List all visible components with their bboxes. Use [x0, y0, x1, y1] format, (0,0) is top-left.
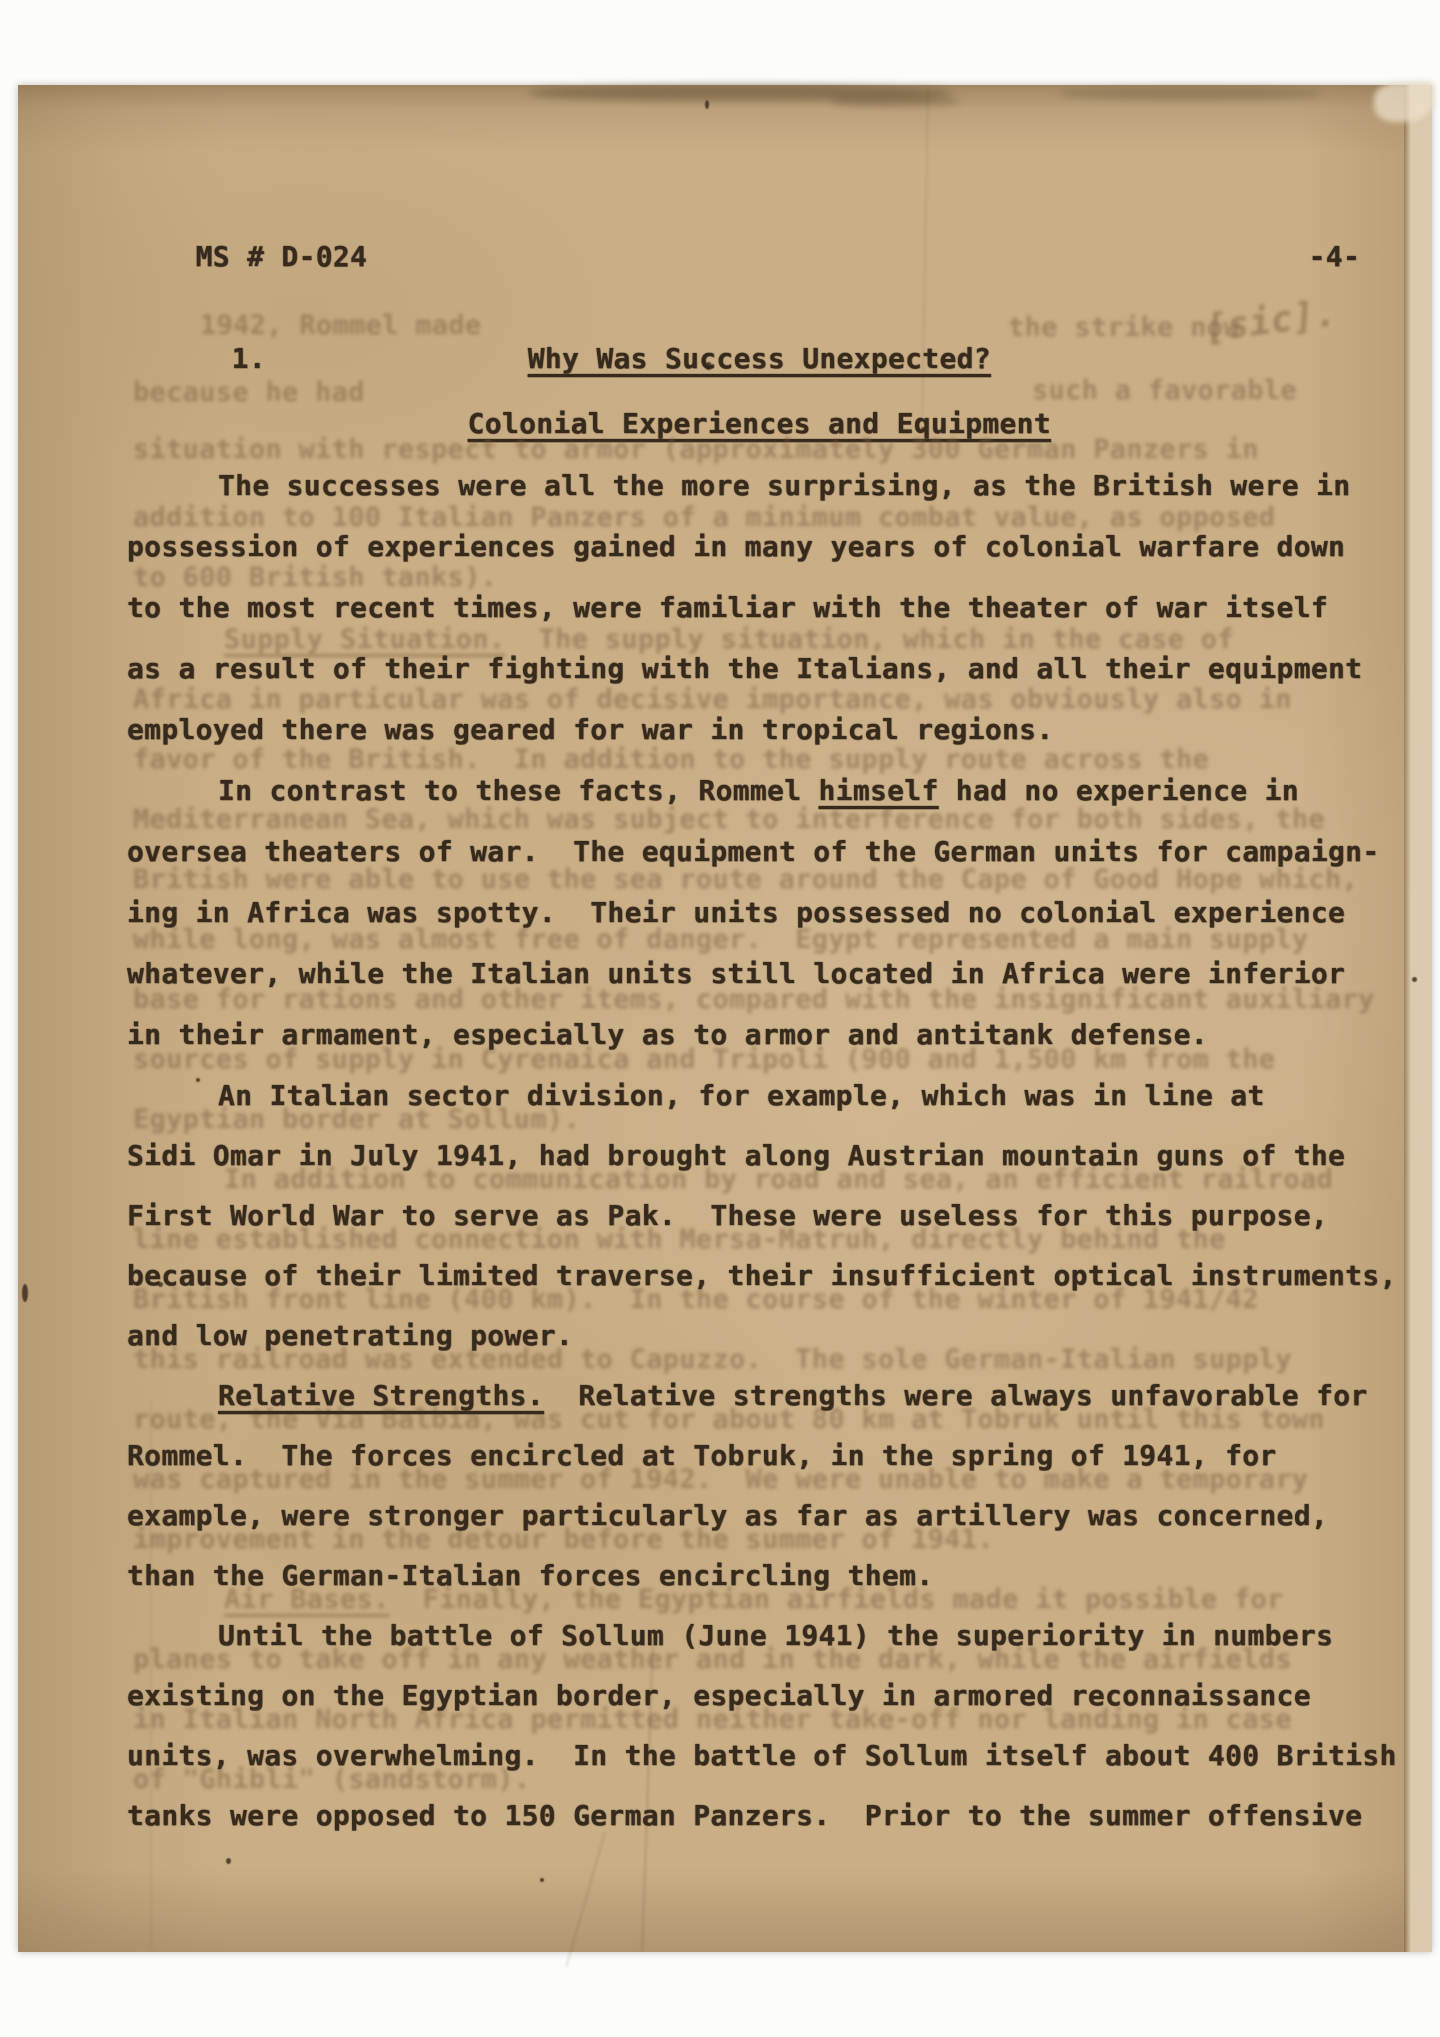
text-run: because he had — [133, 377, 365, 408]
page-number: -4- — [1240, 207, 1360, 306]
typed-line: employed there was geared for war in tro… — [127, 713, 1054, 746]
typed-line: whatever, while the Italian units still … — [127, 957, 1345, 990]
text-run: in their armament, especially as to armo… — [127, 1018, 1208, 1051]
text-run: than the German-Italian forces encirclin… — [127, 1559, 933, 1592]
typed-line: and low penetrating power. — [127, 1319, 573, 1352]
text-layer: MS # D-024 -4- 1. Why Was Success Unexpe… — [0, 0, 1440, 2037]
text-run: oversea theaters of war. The equipment o… — [127, 835, 1380, 868]
text-run: The successes were all the more surprisi… — [218, 469, 1350, 502]
text-run: Supply Situation. — [224, 624, 505, 655]
typed-line: than the German-Italian forces encirclin… — [127, 1559, 933, 1592]
typed-line: Sidi Omar in July 1941, had brought alon… — [127, 1139, 1345, 1172]
text-run: because of their limited traverse, their… — [127, 1259, 1397, 1292]
scanned-document-page: { "colors":{"paper":"#c9ae86","ink":"#36… — [0, 0, 1440, 2037]
text-run: First World War to serve as Pak. These w… — [127, 1199, 1328, 1232]
text-run: Relative strengths were always unfavorab… — [544, 1379, 1368, 1412]
section-number-text: 1. — [232, 342, 266, 375]
page-number-text: -4- — [1309, 240, 1360, 273]
typed-line: existing on the Egyptian border, especia… — [127, 1679, 1311, 1712]
ghost-line: to 600 British tanks). — [133, 562, 497, 593]
typed-line: Relative Strengths. Relative strengths w… — [218, 1379, 1368, 1412]
typed-line: oversea theaters of war. The equipment o… — [127, 835, 1380, 868]
doc-id-text: MS # D-024 — [196, 240, 368, 273]
text-run: Mediterranean Sea, which was subject to … — [133, 804, 1325, 835]
text-run: example, were stronger particularly as f… — [127, 1499, 1328, 1532]
text-run: and low penetrating power. — [127, 1319, 573, 1352]
typed-line: The successes were all the more surprisi… — [218, 469, 1350, 502]
ghost-line: [sic]. — [1203, 293, 1339, 350]
typed-line: possession of experiences gained in many… — [127, 530, 1345, 563]
text-run: existing on the Egyptian border, especia… — [127, 1679, 1311, 1712]
text-run: himself — [819, 774, 939, 807]
text-run: as a result of their fighting with the I… — [127, 652, 1362, 685]
typed-line: in their armament, especially as to armo… — [127, 1018, 1208, 1051]
text-run: such a favorable — [1032, 375, 1297, 406]
text-run: to 600 British tanks). — [133, 562, 497, 593]
typed-line: tanks were opposed to 150 German Panzers… — [127, 1799, 1362, 1832]
text-run: possession of experiences gained in many… — [127, 530, 1345, 563]
text-run: The supply situation, which in the case … — [505, 624, 1233, 655]
text-run: employed there was geared for war in tro… — [127, 713, 1054, 746]
text-run: An Italian sector division, for example,… — [218, 1079, 1265, 1112]
page-title-text: Why Was Success Unexpected? — [528, 342, 991, 375]
text-run: Africa in particular was of decisive imp… — [133, 684, 1292, 715]
text-run: British were able to use the sea route a… — [133, 864, 1358, 895]
typed-line: An Italian sector division, for example,… — [218, 1079, 1265, 1112]
text-run: ing in Africa was spotty. Their units po… — [127, 896, 1345, 929]
text-run: units, was overwhelming. In the battle o… — [127, 1739, 1397, 1772]
typed-line: ing in Africa was spotty. Their units po… — [127, 896, 1345, 929]
ghost-line: Mediterranean Sea, which was subject to … — [133, 804, 1325, 835]
ghost-line: because he had — [133, 377, 365, 408]
text-run: whatever, while the Italian units still … — [127, 957, 1345, 990]
ghost-line: situation with respect to armor (approxi… — [133, 434, 1259, 465]
typed-line: First World War to serve as Pak. These w… — [127, 1199, 1328, 1232]
text-run: had no experience in — [939, 774, 1299, 807]
text-run: [sic]. — [1203, 293, 1339, 350]
ghost-line: addition to 100 Italian Panzers of a min… — [133, 502, 1275, 533]
text-run: addition to 100 Italian Panzers of a min… — [133, 502, 1275, 533]
typed-line: In contrast to these facts, Rommel himse… — [218, 774, 1299, 807]
ghost-line: favor of the British. In addition to the… — [133, 744, 1209, 775]
typed-line: as a result of their fighting with the I… — [127, 652, 1362, 685]
text-run: Until the battle of Sollum (June 1941) t… — [218, 1619, 1333, 1652]
typed-line: units, was overwhelming. In the battle o… — [127, 1739, 1397, 1772]
typed-line: Rommel. The forces encircled at Tobruk, … — [127, 1439, 1277, 1472]
ghost-line: British were able to use the sea route a… — [133, 864, 1358, 895]
text-run: to the most recent times, were familiar … — [127, 591, 1328, 624]
typed-line: to the most recent times, were familiar … — [127, 591, 1328, 624]
text-run: tanks were opposed to 150 German Panzers… — [127, 1799, 1362, 1832]
doc-id: MS # D-024 — [127, 207, 367, 306]
text-run: In contrast to these facts, Rommel — [218, 774, 819, 807]
text-run: Rommel. The forces encircled at Tobruk, … — [127, 1439, 1277, 1472]
ghost-line: Supply Situation. The supply situation, … — [224, 624, 1234, 655]
ghost-line: Africa in particular was of decisive imp… — [133, 684, 1292, 715]
text-run: Sidi Omar in July 1941, had brought alon… — [127, 1139, 1345, 1172]
typed-line: example, were stronger particularly as f… — [127, 1499, 1328, 1532]
text-run: favor of the British. In addition to the… — [133, 744, 1209, 775]
ghost-line: 1942, Rommel made — [200, 310, 481, 341]
typed-line: Until the battle of Sollum (June 1941) t… — [218, 1619, 1333, 1652]
typed-line: because of their limited traverse, their… — [127, 1259, 1397, 1292]
text-run: situation with respect to armor (approxi… — [133, 434, 1259, 465]
text-run: Relative Strengths. — [218, 1379, 544, 1412]
text-run: 1942, Rommel made — [200, 310, 481, 341]
ghost-line: such a favorable — [1032, 375, 1297, 406]
